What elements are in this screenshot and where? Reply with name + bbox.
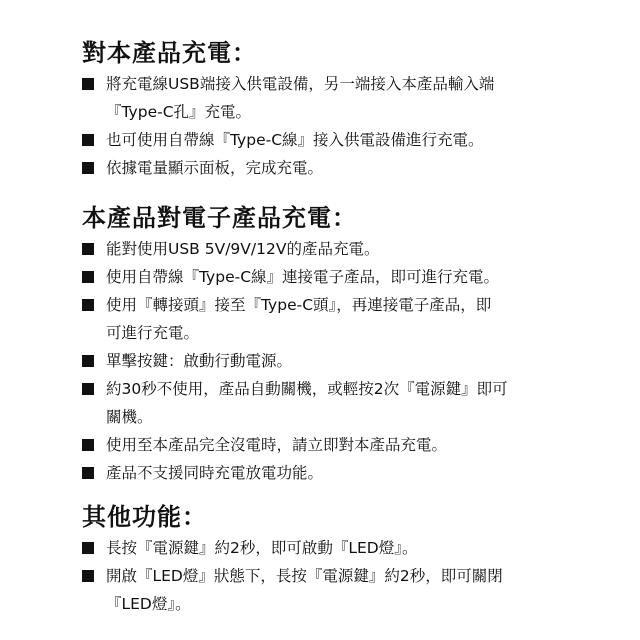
section-other-functions: 其他功能： 長按『電源鍵』約2秒，即可啟動『LED燈』。 開啟『LED燈』狀態下… — [82, 502, 572, 618]
list-item: 開啟『LED燈』狀態下，長按『電源鍵』約2秒，即可關閉 『LED燈』。 — [82, 562, 572, 618]
square-bullet-icon — [82, 243, 94, 255]
list-item: 依據電量顯示面板，完成充電。 — [82, 154, 572, 182]
list-item: 將充電線USB端接入供電設備，另一端接入本產品輸入端 『Type-C孔』充電。 — [82, 70, 572, 126]
list-item: 產品不支援同時充電放電功能。 — [82, 459, 572, 487]
square-bullet-icon — [82, 355, 94, 367]
square-bullet-icon — [82, 570, 94, 582]
square-bullet-icon — [82, 134, 94, 146]
list-item: 使用至本產品完全沒電時，請立即對本產品充電。 — [82, 431, 572, 459]
list-item: 使用『轉接頭』接至『Type-C頭』，再連接電子產品，即 可進行充電。 — [82, 291, 572, 347]
list-item: 單擊按鍵：啟動行動電源。 — [82, 347, 572, 375]
section-heading: 對本產品充電： — [82, 38, 572, 68]
list-item: 約30秒不使用，產品自動關機，或輕按2次『電源鍵』即可 關機。 — [82, 375, 572, 431]
section-charge-devices: 本產品對電子產品充電： 能對使用USB 5V/9V/12V的產品充電。 使用自帶… — [82, 203, 572, 487]
list-item: 也可使用自帶線『Type-C線』接入供電設備進行充電。 — [82, 126, 572, 154]
list-item: 長按『電源鍵』約2秒，即可啟動『LED燈』。 — [82, 534, 572, 562]
square-bullet-icon — [82, 299, 94, 311]
list-item: 能對使用USB 5V/9V/12V的產品充電。 — [82, 235, 572, 263]
square-bullet-icon — [82, 162, 94, 174]
square-bullet-icon — [82, 542, 94, 554]
square-bullet-icon — [82, 439, 94, 451]
section-heading: 其他功能： — [82, 502, 572, 532]
square-bullet-icon — [82, 467, 94, 479]
square-bullet-icon — [82, 383, 94, 395]
section-charge-product: 對本產品充電： 將充電線USB端接入供電設備，另一端接入本產品輸入端 『Type… — [82, 38, 572, 182]
list-item: 使用自帶線『Type-C線』連接電子產品，即可進行充電。 — [82, 263, 572, 291]
square-bullet-icon — [82, 78, 94, 90]
square-bullet-icon — [82, 271, 94, 283]
section-heading: 本產品對電子產品充電： — [82, 203, 572, 233]
